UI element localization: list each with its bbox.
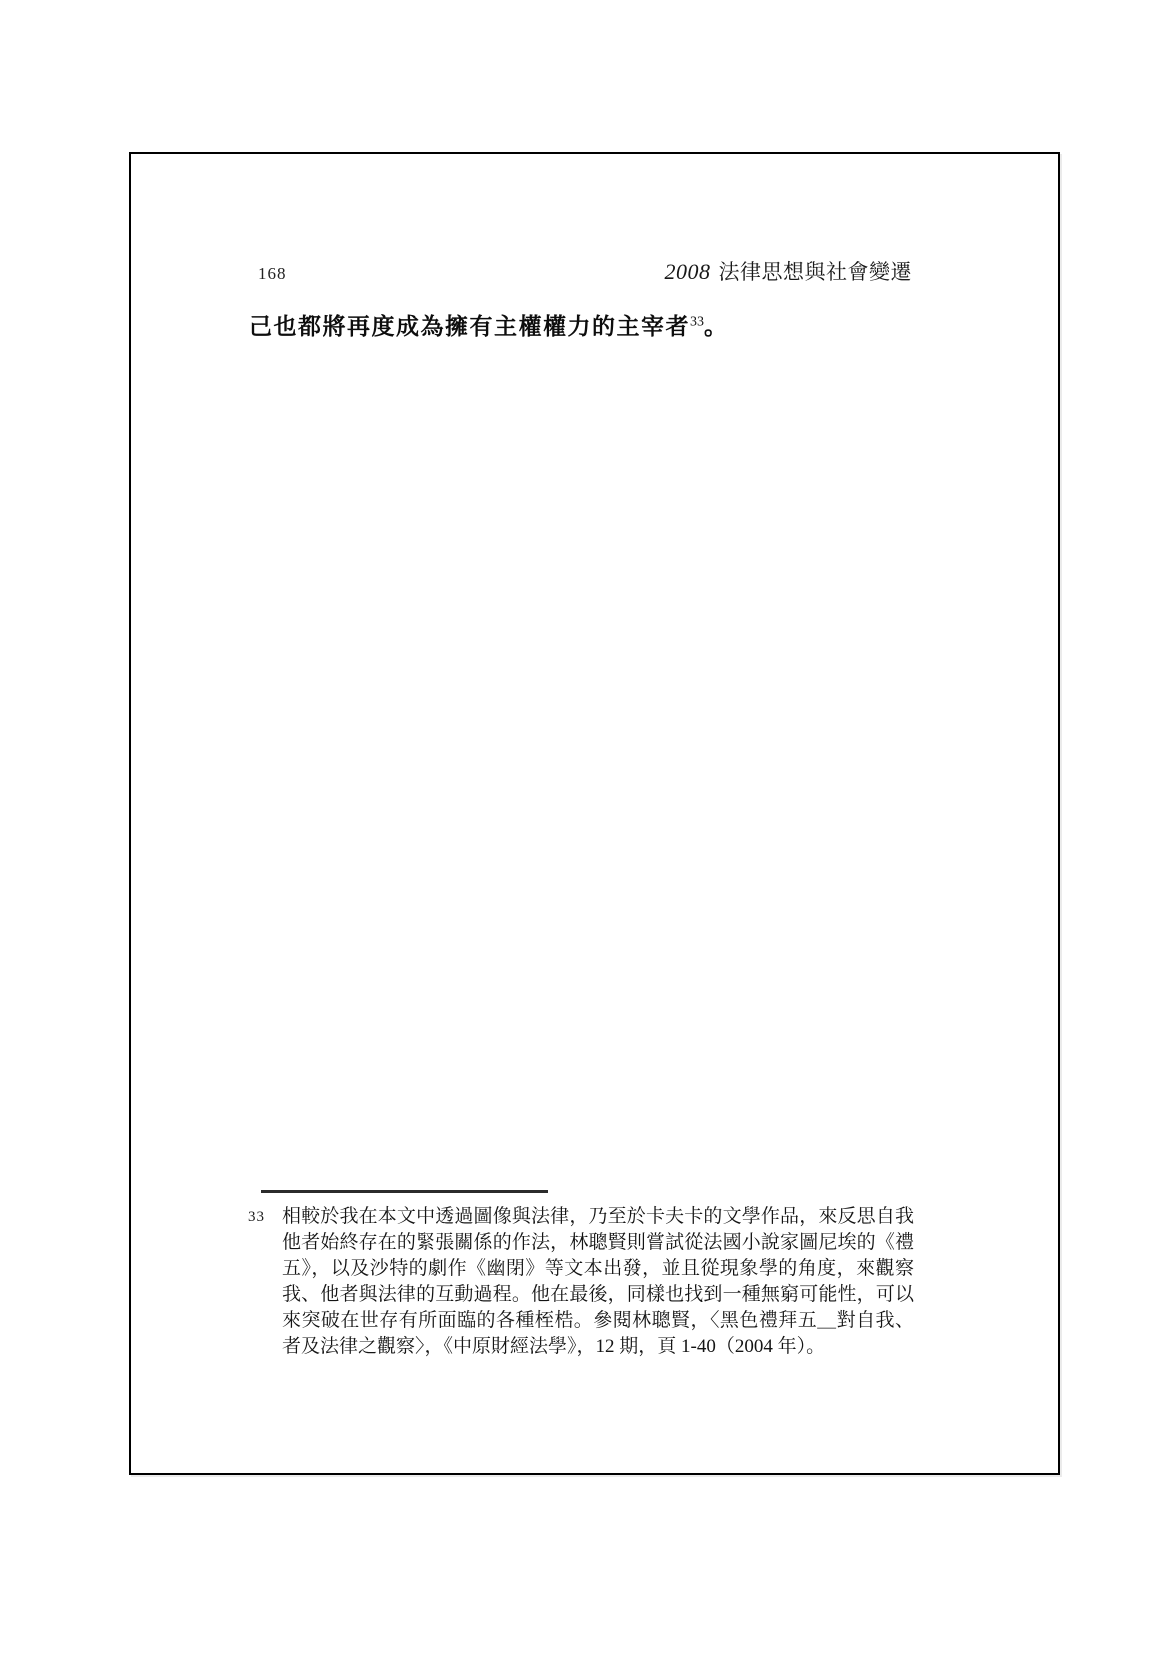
footnote-line: 我、他者與法律的互動過程。他在最後，同樣也找到一種無窮可能性，可以用 (282, 1282, 914, 1308)
running-head-year: 2008 (665, 259, 711, 284)
footnote-line: 他者始終存在的緊張關係的作法，林聰賢則嘗試從法國小說家圖尼埃的《禮拜 (282, 1230, 914, 1256)
footnote-text: 相較於我在本文中透過圖像與法律，乃至於卡夫卡的文學作品，來反思自我與 他者始終存… (282, 1204, 914, 1360)
footnote-block: 33 相較於我在本文中透過圖像與法律，乃至於卡夫卡的文學作品，來反思自我與 他者… (248, 1204, 914, 1360)
running-head-title: 法律思想與社會變遷 (719, 260, 913, 284)
body-paragraph: 己也都將再度成為擁有主權權力的主宰者33。 (249, 308, 729, 341)
page-border: 168 2008法律思想與社會變遷 己也都將再度成為擁有主權權力的主宰者33。 … (129, 152, 1060, 1475)
footnote-separator-rule (261, 1190, 548, 1193)
document-page: 168 2008法律思想與社會變遷 己也都將再度成為擁有主權權力的主宰者33。 … (0, 0, 1176, 1664)
body-text: 己也都將再度成為擁有主權權力的主宰者 (249, 313, 690, 339)
footnote-line: 五》，以及沙特的劇作《幽閉》等文本出發，並且從現象學的角度，來觀察自 (282, 1256, 914, 1282)
running-head: 2008法律思想與社會變遷 (665, 256, 913, 286)
page-number: 168 (258, 264, 287, 284)
body-period: 。 (704, 313, 729, 339)
footnote-number: 33 (248, 1204, 282, 1226)
footnote-line: 來突破在世存有所面臨的各種桎梏。參閱林聰賢，〈黑色禮拜五＿對自我、他 (282, 1308, 914, 1334)
footnote-line: 者及法律之觀察〉，《中原財經法學》，12 期，頁 1-40（2004 年）。 (282, 1334, 914, 1360)
footnote-reference: 33 (690, 314, 704, 329)
footnote-line: 相較於我在本文中透過圖像與法律，乃至於卡夫卡的文學作品，來反思自我與 (282, 1204, 914, 1230)
